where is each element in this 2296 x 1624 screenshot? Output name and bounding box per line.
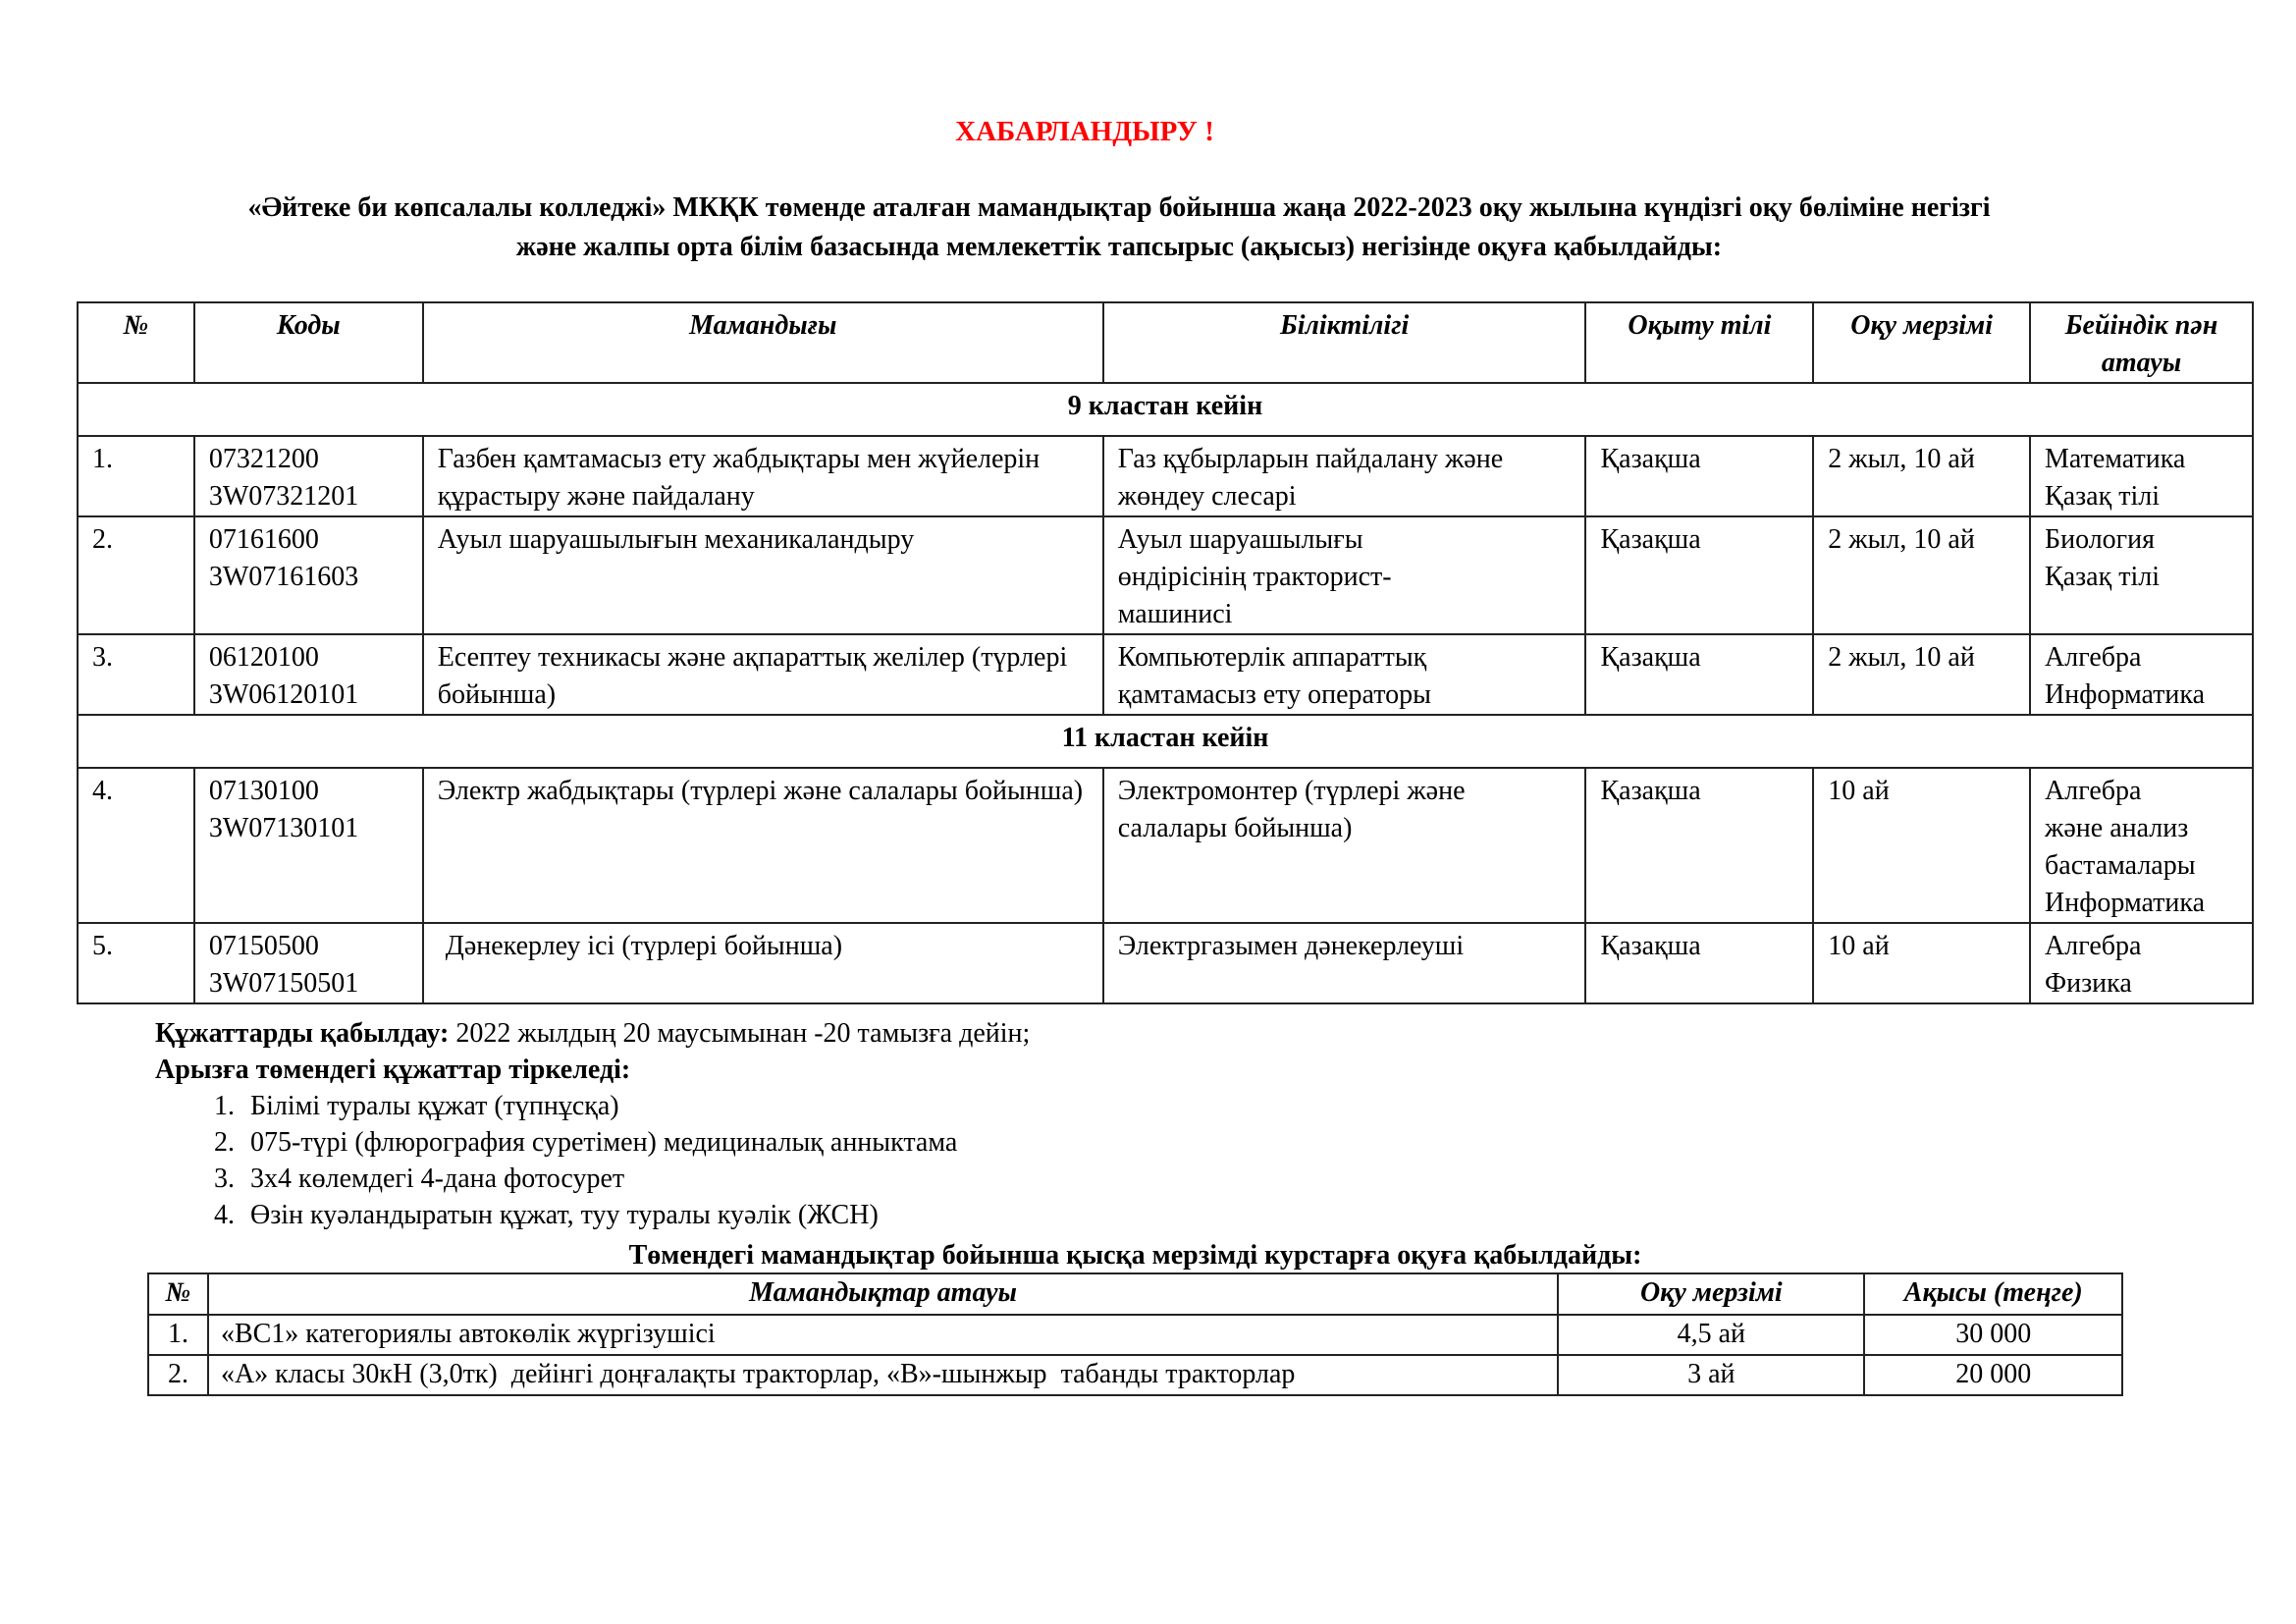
acceptance-value: 2022 жылдың 20 маусымынан -20 тамызға де… (449, 1018, 1030, 1049)
row-specialty: Газбен қамтамасыз ету жабдықтары мен жүй… (423, 436, 1103, 516)
row-subjects: БиологияҚазақ тілі (2030, 516, 2253, 634)
row-subjects: Алгебражәне анализбастамаларыИнформатика (2030, 768, 2253, 923)
code-line: 3W07321201 (209, 478, 408, 515)
row-specialty: Есептеу техникасы және ақпараттық желіле… (423, 634, 1103, 715)
row-course-name: «ВС1» категориялы автокөлік жүргізушісі (208, 1315, 1558, 1355)
code-line: 07130100 (209, 773, 408, 810)
code-line: 07150500 (209, 928, 408, 965)
code-line: 3W07130101 (209, 810, 408, 847)
announcement-title: ХАБАРЛАНДЫРУ ! (0, 116, 2169, 148)
table-header-row: № Коды Мамандығы Біліктілігі Оқыту тілі … (78, 302, 2253, 383)
row-duration: 2 жыл, 10 ай (1813, 436, 2030, 516)
short-courses-table: № Мамандықтар атауы Оқу мерзімі Ақысы (т… (147, 1272, 2123, 1396)
header-course-name: Мамандықтар атауы (208, 1273, 1558, 1315)
attached-documents-label: Арызға төмендегі құжаттар тіркеледі: (155, 1052, 1030, 1088)
row-duration: 3 ай (1558, 1355, 1864, 1395)
section-row-after-11: 11 кластан кейін (78, 715, 2253, 768)
intro-text: «Әйтеке би көпсалалы колледжі» МКҚК төме… (39, 189, 2199, 267)
code-line: 07321200 (209, 441, 408, 478)
table-row: 2. 071616003W07161603 Ауыл шаруашылығын … (78, 516, 2253, 634)
acceptance-period: Құжаттарды қабылдау: 2022 жылдың 20 маус… (155, 1015, 1030, 1052)
subject: Алгебра (2045, 639, 2238, 677)
subject: бастамалары (2045, 847, 2238, 885)
list-item: 3.3х4 көлемдегі 4-дана фотосурет (155, 1161, 1030, 1197)
section-label: 9 кластан кейін (78, 383, 2253, 436)
row-specialty: Дәнекерлеу ісі (түрлері бойынша) (423, 923, 1103, 1003)
header-duration: Оқу мерзімі (1558, 1273, 1864, 1315)
row-duration: 2 жыл, 10 ай (1813, 516, 2030, 634)
subject: және анализ (2045, 810, 2238, 847)
row-duration: 10 ай (1813, 768, 2030, 923)
row-subjects: АлгебраФизика (2030, 923, 2253, 1003)
header-qualification: Біліктілігі (1103, 302, 1586, 383)
table-row: 5. 071505003W07150501 Дәнекерлеу ісі (тү… (78, 923, 2253, 1003)
list-item-number: 3. (214, 1161, 235, 1197)
code-line: 3W06120101 (209, 677, 408, 714)
code-line: 3W07161603 (209, 559, 408, 596)
subject: Математика (2045, 441, 2238, 478)
row-language: Қазақша (1585, 436, 1813, 516)
code-line: 07161600 (209, 521, 408, 559)
subject: Биология (2045, 521, 2238, 559)
row-num: 4. (78, 768, 194, 923)
row-qualification: Электргазымен дәнекерлеуші (1103, 923, 1586, 1003)
intro-line-2: және жалпы орта білім базасында мемлекет… (39, 228, 2199, 267)
row-codes: 071301003W07130101 (194, 768, 423, 923)
table-row: 2. «А» класы 30кН (3,0тк) дейінгі доңғал… (148, 1355, 2122, 1395)
row-codes: 071616003W07161603 (194, 516, 423, 634)
list-item-number: 1. (214, 1088, 235, 1124)
header-num: № (78, 302, 194, 383)
list-item-number: 4. (214, 1197, 235, 1233)
row-subjects: МатематикаҚазақ тілі (2030, 436, 2253, 516)
row-subjects: АлгебраИнформатика (2030, 634, 2253, 715)
row-num: 3. (78, 634, 194, 715)
header-duration: Оқу мерзімі (1813, 302, 2030, 383)
header-price: Ақысы (теңге) (1864, 1273, 2122, 1315)
list-item-text: Білімі туралы құжат (түпнұсқа) (250, 1091, 619, 1121)
list-item: 2.075-түрі (флюрография суретімен) медиц… (155, 1124, 1030, 1161)
subject: Алгебра (2045, 773, 2238, 810)
row-num: 2. (78, 516, 194, 634)
header-specialty: Мамандығы (423, 302, 1103, 383)
row-qualification: Электромонтер (түрлері және салалары бой… (1103, 768, 1586, 923)
row-codes: 061201003W06120101 (194, 634, 423, 715)
list-item: 1.Білімі туралы құжат (түпнұсқа) (155, 1088, 1030, 1124)
row-codes: 073212003W07321201 (194, 436, 423, 516)
row-language: Қазақша (1585, 768, 1813, 923)
row-duration: 2 жыл, 10 ай (1813, 634, 2030, 715)
header-code: Коды (194, 302, 423, 383)
row-specialty: Электр жабдықтары (түрлері және салалары… (423, 768, 1103, 923)
row-num: 5. (78, 923, 194, 1003)
list-item-number: 2. (214, 1124, 235, 1161)
list-item-text: Өзін куәландыратын құжат, туу туралы куә… (250, 1200, 879, 1230)
row-price: 30 000 (1864, 1315, 2122, 1355)
row-price: 20 000 (1864, 1355, 2122, 1395)
table-row: 4. 071301003W07130101 Электр жабдықтары … (78, 768, 2253, 923)
subject: Информатика (2045, 677, 2238, 714)
code-line: 06120100 (209, 639, 408, 677)
header-language: Оқыту тілі (1585, 302, 1813, 383)
row-course-name: «А» класы 30кН (3,0тк) дейінгі доңғалақт… (208, 1355, 1558, 1395)
documents-list: 1.Білімі туралы құжат (түпнұсқа) 2.075-т… (155, 1088, 1030, 1233)
acceptance-label: Құжаттарды қабылдау: (155, 1018, 449, 1049)
table-row: 1. 073212003W07321201 Газбен қамтамасыз … (78, 436, 2253, 516)
subject: Алгебра (2045, 928, 2238, 965)
list-item-text: 3х4 көлемдегі 4-дана фотосурет (250, 1164, 624, 1194)
row-language: Қазақша (1585, 634, 1813, 715)
section-row-after-9: 9 кластан кейін (78, 383, 2253, 436)
table-header-row: № Мамандықтар атауы Оқу мерзімі Ақысы (т… (148, 1273, 2122, 1315)
subject: Қазақ тілі (2045, 559, 2238, 596)
table-row: 3. 061201003W06120101 Есептеу техникасы … (78, 634, 2253, 715)
header-subjects: Бейіндік пән атауы (2030, 302, 2253, 383)
documents-section: Құжаттарды қабылдау: 2022 жылдың 20 маус… (155, 1015, 1030, 1233)
intro-line-1: «Әйтеке би көпсалалы колледжі» МКҚК төме… (39, 189, 2199, 228)
row-language: Қазақша (1585, 516, 1813, 634)
header-num: № (148, 1273, 208, 1315)
row-num: 2. (148, 1355, 208, 1395)
short-courses-heading: Төмендегі мамандықтар бойынша қысқа мерз… (147, 1239, 2123, 1272)
row-specialty: Ауыл шаруашылығын механикаландыру (423, 516, 1103, 634)
row-duration: 4,5 ай (1558, 1315, 1864, 1355)
list-item-text: 075-түрі (флюрография суретімен) медицин… (250, 1127, 957, 1158)
row-qualification: Компьютерлік аппараттық қамтамасыз ету о… (1103, 634, 1586, 715)
row-num: 1. (78, 436, 194, 516)
code-line: 3W07150501 (209, 965, 408, 1002)
row-qualification: Ауыл шаруашылығы өндірісінің тракторист-… (1103, 516, 1586, 634)
subject: Информатика (2045, 885, 2238, 922)
subject: Физика (2045, 965, 2238, 1002)
section-label: 11 кластан кейін (78, 715, 2253, 768)
row-duration: 10 ай (1813, 923, 2030, 1003)
subject: Қазақ тілі (2045, 478, 2238, 515)
list-item: 4.Өзін куәландыратын құжат, туу туралы к… (155, 1197, 1030, 1233)
row-codes: 071505003W07150501 (194, 923, 423, 1003)
row-language: Қазақша (1585, 923, 1813, 1003)
row-qualification: Газ құбырларын пайдалану және жөндеу сле… (1103, 436, 1586, 516)
table-row: 1. «ВС1» категориялы автокөлік жүргізуші… (148, 1315, 2122, 1355)
specialties-table: № Коды Мамандығы Біліктілігі Оқыту тілі … (77, 301, 2254, 1004)
row-num: 1. (148, 1315, 208, 1355)
